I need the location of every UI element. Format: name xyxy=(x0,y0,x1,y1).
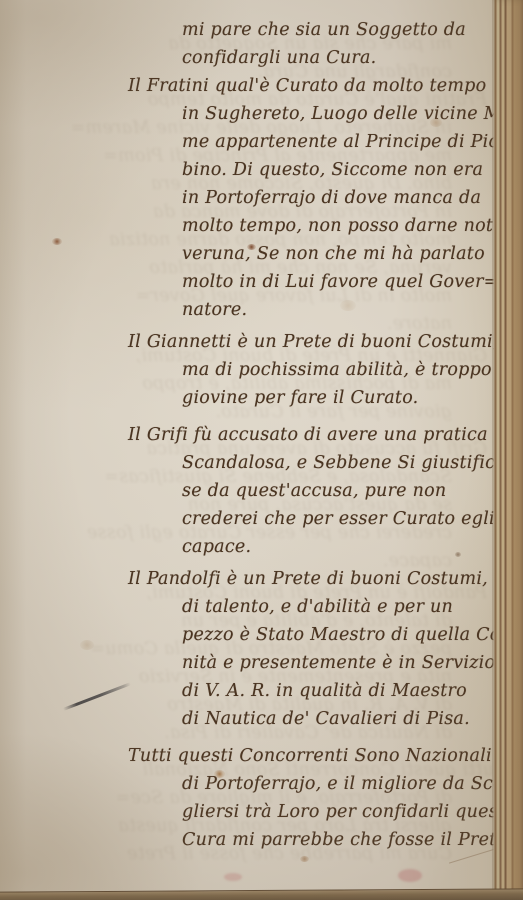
manuscript-line: capace. xyxy=(182,533,508,561)
manuscript-page: mi pare che sia un Soggetto daconfidargl… xyxy=(0,0,523,900)
manuscript-text: mi pare che sia un Soggetto daconfidargl… xyxy=(128,16,508,854)
manuscript-line: giovine per fare il Curato. xyxy=(182,384,508,412)
manuscript-line: Cura mi parrebbe che fosse il Prete xyxy=(182,826,508,854)
manuscript-line: Il Pandolfi è un Prete di buoni Costumi, xyxy=(128,565,508,593)
manuscript-line: Tutti questi Concorrenti Sono Nazionali xyxy=(128,742,508,770)
manuscript-line: di talento, e d'abilità e per un xyxy=(182,593,508,621)
manuscript-line: gliersi trà Loro per confidarli questa xyxy=(182,798,508,826)
pink-smudge xyxy=(224,873,242,881)
manuscript-line: mi pare che sia un Soggetto da xyxy=(182,16,508,44)
manuscript-line: molto in di Lui favore quel Gover= xyxy=(182,268,508,296)
manuscript-line: Il Grifi fù accusato di avere una pratic… xyxy=(128,421,508,449)
manuscript-line: natore. xyxy=(182,296,508,324)
manuscript-line: in Portoferrajo di dove manca da xyxy=(182,184,508,212)
manuscript-line: se da quest'accusa, pure non xyxy=(182,477,508,505)
manuscript-line: me appartenente al Principe di Piom= xyxy=(182,128,508,156)
book-fore-edge xyxy=(492,0,523,900)
manuscript-line: pezzo è Stato Maestro di quella Comu= xyxy=(182,621,508,649)
manuscript-line: Il Fratini qual'è Curato da molto tempo xyxy=(128,72,508,100)
pink-smudge xyxy=(398,869,422,882)
manuscript-line: in Sughereto, Luogo delle vicine Marem= xyxy=(182,100,508,128)
foxing-spot xyxy=(52,238,62,245)
manuscript-line: nità e presentemente è in Servizio xyxy=(182,649,508,677)
manuscript-line: di Portoferrajo, e il migliore da Sce= xyxy=(182,770,508,798)
manuscript-line: ma di pochissima abilità, è troppo xyxy=(182,356,508,384)
manuscript-line: veruna, Se non che mi hà parlato xyxy=(182,240,508,268)
pencil-mark xyxy=(63,682,131,711)
manuscript-line: molto tempo, non posso darne notizia xyxy=(182,212,508,240)
manuscript-line: Scandalosa, e Sebbene Si giustificas= xyxy=(182,449,508,477)
manuscript-line: crederei che per esser Curato egli fosse xyxy=(182,505,508,533)
manuscript-line: Il Giannetti è un Prete di buoni Costumi… xyxy=(128,328,508,356)
manuscript-line: di Nautica de' Cavalieri di Pisa. xyxy=(182,705,508,733)
foxing-spot xyxy=(300,856,309,862)
manuscript-line: di V. A. R. in qualità di Maestro xyxy=(182,677,508,705)
foxing-spot xyxy=(80,640,94,650)
manuscript-line: confidargli una Cura. xyxy=(182,44,508,72)
book-bottom-edge xyxy=(0,888,523,900)
manuscript-line: bino. Di questo, Siccome non era xyxy=(182,156,508,184)
